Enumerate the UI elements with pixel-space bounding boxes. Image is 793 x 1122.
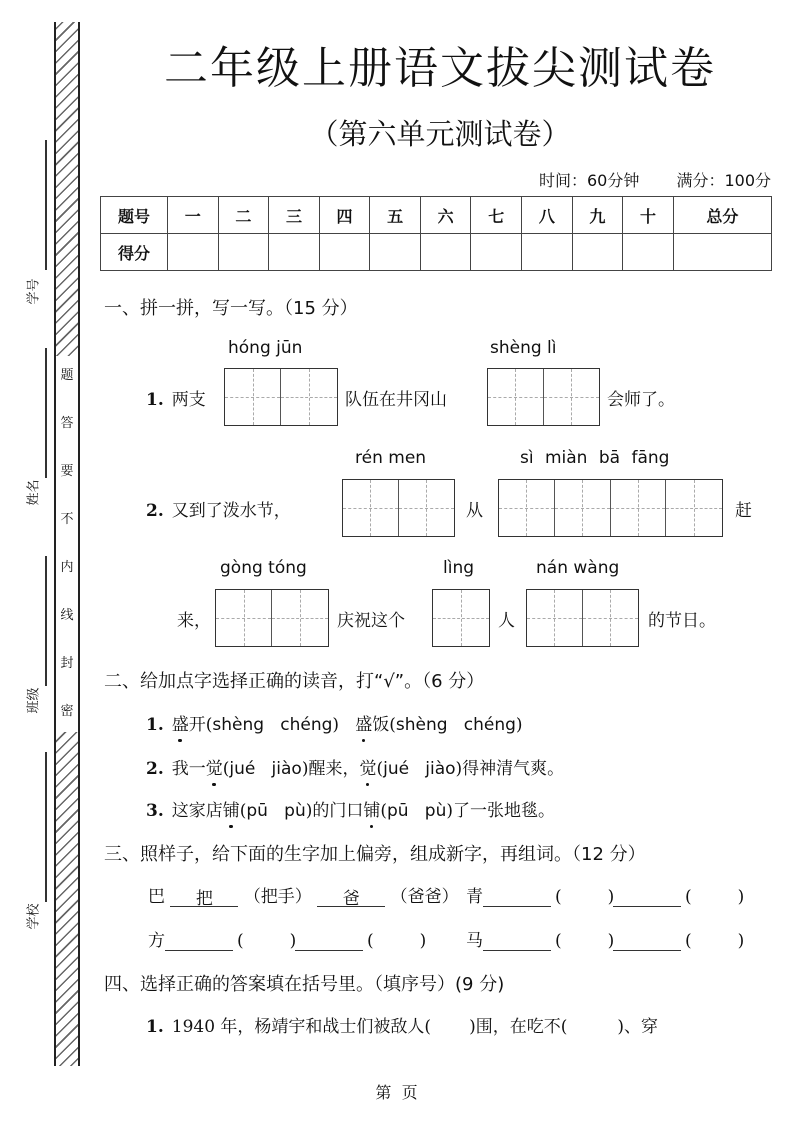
base-char: 巴 xyxy=(148,887,165,907)
seal-char: 封 xyxy=(58,652,76,671)
section-1-title: 一、拼一拼，写一写。（15 分） xyxy=(104,294,358,320)
score-cell[interactable] xyxy=(572,234,623,271)
writing-grid[interactable] xyxy=(224,368,338,426)
name-field[interactable] xyxy=(45,348,47,478)
choice-question: 1.盛开(shèng chéng) 盛饭(shèng chéng) xyxy=(146,710,523,735)
question-fragment: 队伍在井冈山 xyxy=(345,385,447,410)
new-char-blank[interactable] xyxy=(483,884,551,907)
paren: ( xyxy=(367,931,374,951)
choice-question: 2.我一觉(jué jiào)醒来，觉(jué jiào)得神清气爽。 xyxy=(146,754,564,779)
question-fragment: )得神清气爽。 xyxy=(456,759,565,779)
dotted-char: 盛 xyxy=(172,710,189,735)
column-header: 八 xyxy=(522,197,573,234)
question-number: 2. xyxy=(146,501,164,521)
score-cell[interactable] xyxy=(168,234,219,271)
question-fragment: 从 xyxy=(466,496,483,521)
grid-cell[interactable] xyxy=(583,590,639,646)
new-char-blank[interactable] xyxy=(165,928,233,951)
pinyin: rén men xyxy=(355,448,426,468)
page-number: 第 页 xyxy=(0,1080,793,1103)
question-text: 1.两支 xyxy=(146,385,206,410)
section-4-title: 四、选择正确的答案填在括号里。（填序号）(9 分) xyxy=(104,970,504,996)
exercise-row: 马()() xyxy=(466,926,743,951)
pinyin: nán wàng xyxy=(536,558,619,578)
grid-cell[interactable] xyxy=(216,590,272,646)
paren: ( xyxy=(555,931,562,951)
grid-cell[interactable] xyxy=(666,480,722,536)
question-number: 2. xyxy=(146,759,164,779)
pinyin: shèng lì xyxy=(490,338,557,358)
margin-outer-border xyxy=(78,22,80,1066)
grid-cell[interactable] xyxy=(611,480,667,536)
column-header: 总分 xyxy=(673,197,771,234)
question-fragment: )了一张地毯。 xyxy=(446,801,555,821)
question-number: 1. xyxy=(146,1017,164,1037)
page-title: 二年级上册语文拔尖测试卷 xyxy=(100,32,780,96)
section-2-title: 二、给加点字选择正确的读音，打“√”。（6 分） xyxy=(104,667,484,693)
column-header: 十 xyxy=(623,197,674,234)
grid-cell[interactable] xyxy=(225,369,281,425)
score-cell[interactable] xyxy=(269,234,320,271)
question-number-row: 题号 一 二 三 四 五 六 七 八 九 十 总分 xyxy=(101,197,772,234)
question-fragment: 又到了泼水节， xyxy=(172,501,291,521)
score-cell[interactable] xyxy=(319,234,370,271)
new-char-blank[interactable] xyxy=(613,884,681,907)
grid-cell[interactable] xyxy=(272,590,328,646)
pinyin-options[interactable]: jué jiào xyxy=(383,759,455,779)
question-fragment: 饭( xyxy=(372,715,396,735)
pinyin-options[interactable]: pū pù xyxy=(246,801,305,821)
dotted-char: 铺 xyxy=(223,796,240,821)
question-fragment: 1940 年，杨靖宇和战士们被敌人( xyxy=(172,1017,431,1037)
exercise-row: 方()() xyxy=(148,926,425,951)
column-header: 七 xyxy=(471,197,522,234)
grid-cell[interactable] xyxy=(555,480,611,536)
example-new-char: 把 xyxy=(170,884,238,907)
paren: ) xyxy=(738,931,745,951)
pinyin: hóng jūn xyxy=(228,338,302,358)
grid-cell[interactable] xyxy=(488,369,544,425)
writing-grid[interactable] xyxy=(432,589,490,647)
student-id-field[interactable] xyxy=(45,140,47,270)
grid-cell[interactable] xyxy=(499,480,555,536)
score-cell[interactable] xyxy=(420,234,471,271)
writing-grid[interactable] xyxy=(498,479,723,537)
base-char: 马 xyxy=(466,931,483,951)
question-fragment: 开( xyxy=(189,715,213,735)
example-new-char: 爸 xyxy=(317,884,385,907)
column-header: 四 xyxy=(319,197,370,234)
section-3-title: 三、照样子，给下面的生字加上偏旁，组成新字，再组词。（12 分） xyxy=(104,840,646,866)
score-cell[interactable] xyxy=(218,234,269,271)
name-label: 姓名 xyxy=(23,486,42,506)
choice-question: 3.这家店铺(pū pù)的门口铺(pū pù)了一张地毯。 xyxy=(146,796,555,821)
score-row: 得分 xyxy=(101,234,772,271)
question-fragment: 来， xyxy=(177,606,211,631)
exercise-row: 青()() xyxy=(466,882,743,907)
example-row: 巴 把 （把手） 爸 （爸爸） xyxy=(148,882,459,907)
new-char-blank[interactable] xyxy=(483,928,551,951)
question-fragment: )、穿 xyxy=(617,1017,658,1037)
writing-grid[interactable] xyxy=(215,589,329,647)
column-header: 一 xyxy=(168,197,219,234)
column-header: 五 xyxy=(370,197,421,234)
dotted-char: 盛 xyxy=(355,710,372,735)
writing-grid[interactable] xyxy=(487,368,600,426)
question-number: 3. xyxy=(146,801,164,821)
class-field[interactable] xyxy=(45,556,47,686)
score-cell[interactable] xyxy=(370,234,421,271)
school-label: 学校 xyxy=(23,910,42,930)
question-fragment: 人 xyxy=(498,606,515,631)
seal-char: 不 xyxy=(58,508,76,527)
score-cell[interactable] xyxy=(673,234,771,271)
question-fragment: 庆祝这个 xyxy=(337,606,405,631)
grid-cell[interactable] xyxy=(527,590,583,646)
dotted-char: 觉 xyxy=(359,754,376,779)
writing-grid[interactable] xyxy=(342,479,455,537)
grid-cell[interactable] xyxy=(433,590,489,646)
score-cell[interactable] xyxy=(522,234,573,271)
pinyin-options[interactable]: shèng chéng xyxy=(396,715,516,735)
question-fragment: 的节日。 xyxy=(648,606,716,631)
new-char-blank[interactable] xyxy=(295,928,363,951)
base-char: 方 xyxy=(148,931,165,951)
seal-char: 答 xyxy=(58,412,76,431)
question-fragment: )围，在吃不( xyxy=(469,1017,567,1037)
score-cell[interactable] xyxy=(623,234,674,271)
paren: ) xyxy=(420,931,427,951)
paren: ( xyxy=(685,931,692,951)
question-fragment: 会师了。 xyxy=(607,385,675,410)
paren: ( xyxy=(685,887,692,907)
question-fragment: 这家店 xyxy=(172,801,223,821)
paren: ( xyxy=(555,887,562,907)
school-field[interactable] xyxy=(45,752,47,902)
question-fragment: 赶 xyxy=(735,496,752,521)
dotted-char: 觉 xyxy=(206,754,223,779)
pinyin: gòng tóng xyxy=(220,558,307,578)
score-table: 题号 一 二 三 四 五 六 七 八 九 十 总分 得分 xyxy=(100,196,772,271)
grid-cell[interactable] xyxy=(281,369,337,425)
exam-meta: 时间：60分钟 满分：100分 xyxy=(507,168,771,191)
question-text: 1.1940 年，杨靖宇和战士们被敌人()围，在吃不()、穿 xyxy=(146,1012,658,1037)
question-number: 1. xyxy=(146,390,164,410)
dotted-char: 铺 xyxy=(363,796,380,821)
full-score: 满分：100分 xyxy=(676,171,771,190)
pinyin: lìng xyxy=(443,558,474,578)
new-char-blank[interactable] xyxy=(613,928,681,951)
class-label: 班级 xyxy=(23,694,42,714)
question-fragment: )的门口 xyxy=(306,801,364,821)
question-fragment: )醒来， xyxy=(302,759,360,779)
column-header: 三 xyxy=(269,197,320,234)
grid-cell[interactable] xyxy=(343,480,399,536)
paren: ( xyxy=(237,931,244,951)
row-header: 得分 xyxy=(101,234,168,271)
page-subtitle: （第六单元测试卷） xyxy=(100,112,780,153)
base-char: 青 xyxy=(466,887,483,907)
grid-cell[interactable] xyxy=(399,480,455,536)
question-fragment: 两支 xyxy=(172,390,206,410)
score-cell[interactable] xyxy=(471,234,522,271)
seal-char: 题 xyxy=(58,364,76,383)
seal-char: 线 xyxy=(58,604,76,623)
column-header: 二 xyxy=(218,197,269,234)
row-header: 题号 xyxy=(101,197,168,234)
paren: ) xyxy=(738,887,745,907)
pinyin-options[interactable]: shèng chéng xyxy=(212,715,332,735)
grid-cell[interactable] xyxy=(544,369,600,425)
question-fragment: ) xyxy=(332,715,355,735)
question-number: 1. xyxy=(146,715,164,735)
question-fragment: 我一 xyxy=(172,759,206,779)
time-limit: 时间：60分钟 xyxy=(539,171,639,190)
seal-char: 密 xyxy=(58,700,76,719)
seal-char: 要 xyxy=(58,460,76,479)
writing-grid[interactable] xyxy=(526,589,639,647)
seal-char: 内 xyxy=(58,556,76,575)
column-header: 九 xyxy=(572,197,623,234)
pinyin-options[interactable]: jué jiào xyxy=(229,759,301,779)
example-word: （爸爸） xyxy=(391,887,459,907)
question-text: 2.又到了泼水节， xyxy=(146,496,291,521)
pinyin-options[interactable]: pū pù xyxy=(387,801,446,821)
pinyin: sì miàn bā fāng xyxy=(520,448,669,468)
question-fragment: ) xyxy=(516,715,523,735)
example-word: （把手） xyxy=(244,887,312,907)
student-id-label: 学号 xyxy=(23,285,42,305)
column-header: 六 xyxy=(420,197,471,234)
